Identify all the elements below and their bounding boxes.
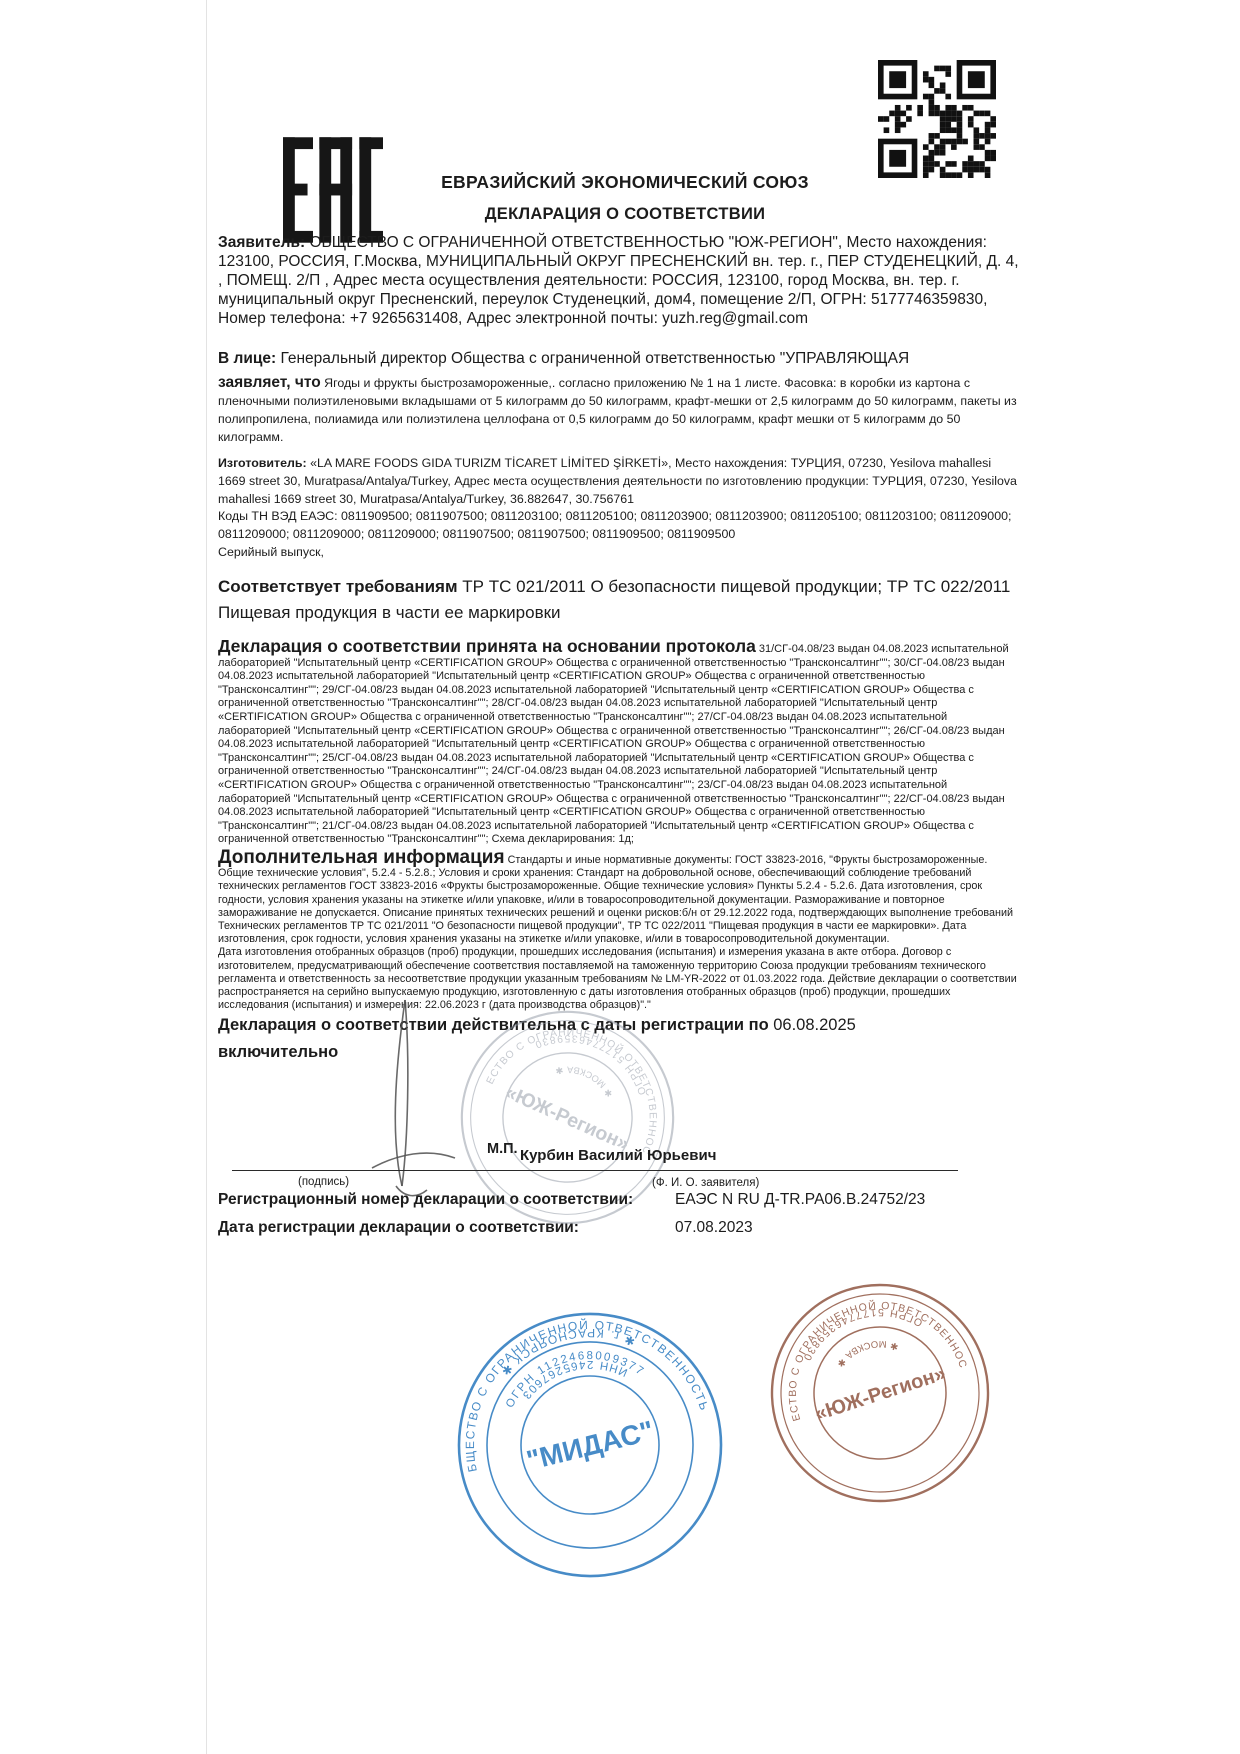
- registration-date-value: 07.08.2023: [675, 1219, 753, 1237]
- stamp-ring-text: ОГРН 5177746359830: [791, 1290, 928, 1367]
- scan-edge-artifact: [206, 0, 207, 1754]
- compliance-paragraph: Соответствует требованиям ТР ТС 021/2011…: [218, 574, 1026, 626]
- basis-protocols-text: 31/СГ-04.08/23 выдан 04.08.2023 испытате…: [218, 643, 1009, 845]
- tnved-label: Коды ТН ВЭД ЕАЭС:: [218, 509, 338, 523]
- basis-label: Декларация о соответствии принята на осн…: [218, 636, 756, 656]
- yuzh-region-stamp: ОБЩЕСТВО С ОГРАНИЧЕННОЙ ОТВЕТСТВЕННОСТЬЮ…: [735, 1248, 1025, 1538]
- svg-text:✱ МОСКВА ✱: ✱ МОСКВА ✱: [550, 1056, 619, 1102]
- tnved-paragraph: Коды ТН ВЭД ЕАЭС: 0811909500; 0811907500…: [218, 508, 1018, 544]
- declares-label: заявляет, что: [218, 374, 321, 391]
- compliance-label: Соответствует требованиям: [218, 577, 458, 596]
- additional-info-text-2: Дата изготовления отобранных образцов (п…: [218, 946, 1017, 1011]
- additional-info-label: Дополнительная информация: [218, 847, 505, 868]
- registration-number-label: Регистрационный номер декларации о соотв…: [218, 1191, 633, 1209]
- representative-paragraph: В лице: Генеральный директор Общества с …: [218, 349, 1024, 368]
- svg-text:ОГРН 5177746359830: ОГРН 5177746359830: [791, 1290, 928, 1367]
- document-title: ДЕКЛАРАЦИЯ О СООТВЕТСТВИИ: [240, 205, 1010, 224]
- manufacturer-block: Изготовитель: «LA MARE FOODS GIDA TURIZM…: [218, 455, 1018, 562]
- header: ЕВРАЗИЙСКИЙ ЭКОНОМИЧЕСКИЙ СОЮЗ ДЕКЛАРАЦИ…: [240, 172, 1010, 224]
- representative-text: Генеральный директор Общества с ограниче…: [281, 350, 910, 367]
- registration-number-value: ЕАЭС N RU Д-TR.РА06.В.24752/23: [675, 1191, 925, 1209]
- validity-suffix: включительно: [218, 1043, 338, 1061]
- mp-label: М.П.: [487, 1141, 518, 1157]
- union-title: ЕВРАЗИЙСКИЙ ЭКОНОМИЧЕСКИЙ СОЮЗ: [240, 172, 1010, 193]
- stamp-center-text: «ЮЖ-Регион»: [812, 1362, 948, 1425]
- validity-date: 06.08.2025: [773, 1016, 856, 1034]
- midas-stamp: ОБЩЕСТВО С ОГРАНИЧЕННОЙ ОТВЕТСТВЕННОСТЬЮ…: [420, 1275, 759, 1614]
- additional-info-paragraph: Дополнительная информация Стандарты и ин…: [218, 851, 1017, 1012]
- manufacturer-label: Изготовитель:: [218, 456, 307, 470]
- declares-text: Ягоды и фрукты быстрозамороженные,. согл…: [218, 376, 1017, 444]
- serial-issue-text: Серийный выпуск,: [218, 544, 1018, 562]
- basis-paragraph: Декларация о соответствии принята на осн…: [218, 640, 1017, 847]
- applicant-paragraph: Заявитель: ОБЩЕСТВО С ОГРАНИЧЕННОЙ ОТВЕТ…: [218, 233, 1024, 328]
- signature-caption: (подпись): [298, 1176, 349, 1188]
- manufacturer-paragraph: Изготовитель: «LA MARE FOODS GIDA TURIZM…: [218, 455, 1018, 508]
- representative-label: В лице:: [218, 350, 276, 367]
- svg-text:✱ МОСКВА ✱: ✱ МОСКВА ✱: [830, 1330, 903, 1372]
- manufacturer-text: «LA MARE FOODS GIDA TURIZM TİCARET LİMİT…: [218, 456, 1017, 506]
- stamp-ring-text: ✱ МОСКВА ✱: [550, 1056, 619, 1102]
- declaration-document: ЕВРАЗИЙСКИЙ ЭКОНОМИЧЕСКИЙ СОЮЗ ДЕКЛАРАЦИ…: [0, 0, 1240, 1754]
- stamp-center-text: "МИДАС": [523, 1415, 656, 1476]
- stamp-ring-text: ✱ МОСКВА ✱: [830, 1330, 903, 1372]
- applicant-text: ОБЩЕСТВО С ОГРАНИЧЕННОЙ ОТВЕТСТВЕННОСТЬЮ…: [218, 234, 1019, 327]
- qr-code-icon: [878, 60, 996, 178]
- signature-line: [232, 1170, 958, 1171]
- name-caption: (Ф. И. О. заявителя): [652, 1177, 759, 1189]
- applicant-label: Заявитель:: [218, 234, 305, 251]
- applicant-name: Курбин Василий Юрьевич: [520, 1147, 716, 1164]
- registration-date-label: Дата регистрации декларации о соответств…: [218, 1219, 579, 1237]
- additional-info-text-1: Стандарты и иные нормативные документы: …: [218, 854, 1013, 945]
- declares-paragraph: заявляет, что Ягоды и фрукты быстрозамор…: [218, 374, 1018, 446]
